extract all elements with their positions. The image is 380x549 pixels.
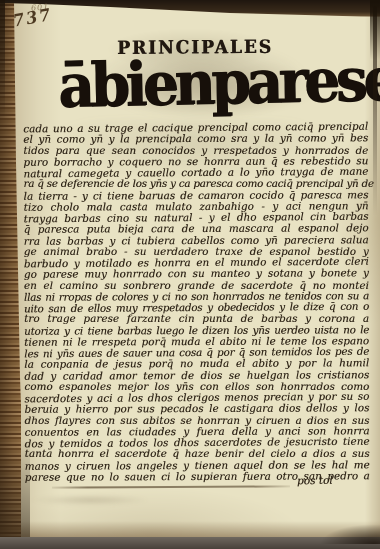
folio-number: 737 — [12, 4, 54, 30]
manuscript-photo: 601 737 PRINCIPALES ābienparese cada uno… — [0, 0, 380, 549]
photo-left-edge — [0, 0, 5, 120]
manuscript-line: en el camino su sonbrero grande de sacer… — [24, 281, 369, 292]
page-title-calligraphic: ābienparese — [57, 44, 378, 122]
manuscript-line: tro trage parese farzante cin punta de b… — [24, 314, 369, 325]
manuscript-line: ra q̄ se deferencie de los yn̄s y ca par… — [23, 179, 368, 190]
page-bottom-right-curl — [320, 524, 380, 544]
manuscript-line: tidos para que sean conocidos y rrespeta… — [23, 146, 368, 157]
faint-pencil-smudge — [30, 495, 150, 505]
binding-bottom-shade — [0, 440, 30, 540]
manuscript-line: dhos flayres con sus abitos se honrran y… — [25, 415, 370, 426]
photo-top-edge — [0, 0, 380, 17]
catchword: pos tol — [297, 475, 333, 488]
manuscript-body-text: cada uno a su trage el cacique prencipal… — [23, 122, 370, 484]
underline-stroke — [52, 485, 290, 488]
photo-top-right-corner — [370, 0, 380, 60]
manuscript-line: tanta honrra el sacerdote q̄ haze benir … — [25, 449, 370, 460]
